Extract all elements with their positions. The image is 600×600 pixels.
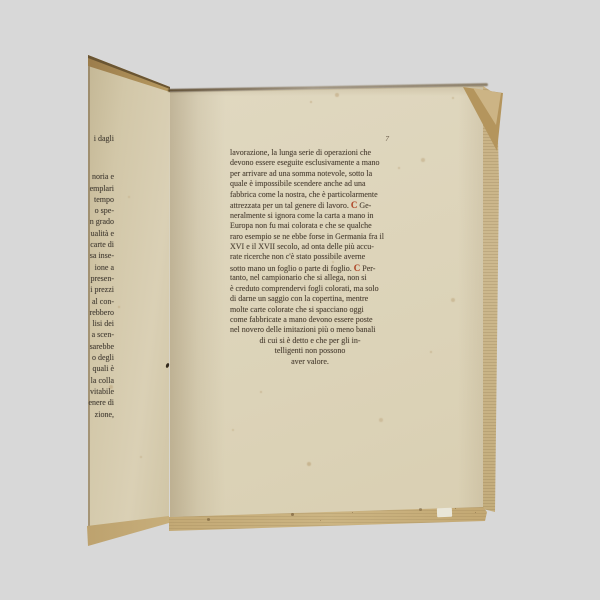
text-segment: come fabbricate a mano devono essere pos… bbox=[230, 315, 373, 324]
text-segment: è creduto comprendervi fogli colorati, m… bbox=[230, 284, 379, 293]
text-line: aver valore. bbox=[230, 357, 390, 367]
foxing-spots bbox=[170, 86, 172, 88]
text-line: sotto mano un foglio o parte di foglio. … bbox=[230, 263, 390, 273]
text-segment: attrezzata per un tal genere di lavoro. bbox=[230, 201, 351, 210]
text-segment: di darne un saggio con la copertina, men… bbox=[230, 294, 368, 303]
text-segment: sotto mano un foglio o parte di foglio. bbox=[230, 264, 354, 273]
text-line: o degli bbox=[0, 352, 114, 363]
text-line: carte di bbox=[0, 239, 114, 250]
text-line: di darne un saggio con la copertina, men… bbox=[230, 294, 390, 304]
text-line: tempo bbox=[0, 194, 114, 205]
right-page-text-block: lavorazione, la lunga serie di operazion… bbox=[230, 148, 390, 367]
text-line: enere di bbox=[0, 397, 114, 408]
text-line: emplari bbox=[0, 183, 114, 194]
text-segment: nel novero delle imitazioni più o meno b… bbox=[230, 325, 376, 334]
text-line: è creduto comprendervi fogli colorati, m… bbox=[230, 284, 390, 294]
text-line: lisi dei bbox=[0, 318, 114, 329]
text-line: molte carte colorate che si spacciano og… bbox=[230, 305, 390, 315]
label-patch bbox=[437, 508, 452, 518]
text-segment: aver valore. bbox=[291, 357, 329, 366]
text-line: al con- bbox=[0, 296, 114, 307]
text-line: n grado bbox=[0, 216, 114, 227]
text-line: telligenti non possono bbox=[230, 346, 390, 356]
text-segment: quale è impossibile scendere anche ad un… bbox=[230, 179, 366, 188]
text-segment: fabbrica come la nostra, che è particola… bbox=[230, 190, 378, 199]
text-line: lavorazione, la lunga serie di operazion… bbox=[230, 148, 390, 158]
text-line: vitabile bbox=[0, 386, 114, 397]
text-segment: devono essere eseguite esclusivamente a … bbox=[230, 158, 380, 167]
bottom-edge-specks bbox=[0, 0, 1, 1]
text-line: Europa non fu mai colorata e che se qual… bbox=[230, 221, 390, 231]
left-page-text-column: i daglinoria eemplaritempoo spe-n gradou… bbox=[0, 133, 114, 420]
text-segment: neralmente si ignora come la carta a man… bbox=[230, 211, 374, 220]
text-line: ualità e bbox=[0, 228, 114, 239]
text-line: rate ricerche non c'è stato possibile av… bbox=[230, 252, 390, 262]
text-segment: Ge- bbox=[357, 201, 371, 210]
text-segment: Europa non fu mai colorata e che se qual… bbox=[230, 221, 372, 230]
text-line: sarebbe bbox=[0, 341, 114, 352]
text-line: come fabbricate a mano devono essere pos… bbox=[230, 315, 390, 325]
text-line: XVI e il XVII secolo, ad onta delle più … bbox=[230, 242, 390, 252]
text-line: fabbrica come la nostra, che è particola… bbox=[230, 190, 390, 200]
text-segment: XVI e il XVII secolo, ad onta delle più … bbox=[230, 242, 374, 251]
text-line: sa inse- bbox=[0, 250, 114, 261]
text-line: o spe- bbox=[0, 205, 114, 216]
page-number: 7 bbox=[375, 134, 389, 143]
left-page: i daglinoria eemplaritempoo spe-n gradou… bbox=[88, 56, 170, 548]
text-segment: Per- bbox=[360, 264, 375, 273]
text-line: quali è bbox=[0, 363, 114, 374]
text-segment: lavorazione, la lunga serie di operazion… bbox=[230, 148, 371, 157]
text-segment: tanto, nel campionario che si allega, no… bbox=[230, 273, 367, 282]
right-page: 7 lavorazione, la lunga serie di operazi… bbox=[170, 86, 488, 532]
text-line: devono essere eseguite esclusivamente a … bbox=[230, 158, 390, 168]
text-line: noria e bbox=[0, 171, 114, 182]
text-line: neralmente si ignora come la carta a man… bbox=[230, 211, 390, 221]
text-segment: molte carte colorate che si spacciano og… bbox=[230, 305, 364, 314]
text-line: la colla bbox=[0, 375, 114, 386]
text-line: zione, bbox=[0, 409, 114, 420]
photo-background: i daglinoria eemplaritempoo spe-n gradou… bbox=[0, 0, 600, 600]
text-segment: telligenti non possono bbox=[275, 346, 346, 355]
text-line: raro esempio se ne ebbe forse in Germani… bbox=[230, 232, 390, 242]
text-line: quale è impossibile scendere anche ad un… bbox=[230, 179, 390, 189]
text-line: tanto, nel campionario che si allega, no… bbox=[230, 273, 390, 283]
text-segment: rate ricerche non c'è stato possibile av… bbox=[230, 252, 365, 261]
text-line: ione a bbox=[0, 262, 114, 273]
text-segment: di cui si è detto e che per gli in- bbox=[259, 336, 360, 345]
text-line: presen- bbox=[0, 273, 114, 284]
text-line: a scen- bbox=[0, 329, 114, 340]
text-segment: raro esempio se ne ebbe forse in Germani… bbox=[230, 232, 384, 241]
text-line: i prezzi bbox=[0, 284, 114, 295]
text-line: di cui si è detto e che per gli in- bbox=[230, 336, 390, 346]
text-line: rebbero bbox=[0, 307, 114, 318]
text-segment: per arrivare ad una somma notevole, sott… bbox=[230, 169, 372, 178]
text-line: per arrivare ad una somma notevole, sott… bbox=[230, 169, 390, 179]
text-line: attrezzata per un tal genere di lavoro. … bbox=[230, 200, 390, 210]
text-line: nel novero delle imitazioni più o meno b… bbox=[230, 325, 390, 335]
fore-edge bbox=[483, 86, 501, 514]
text-line: i dagli bbox=[0, 133, 114, 144]
